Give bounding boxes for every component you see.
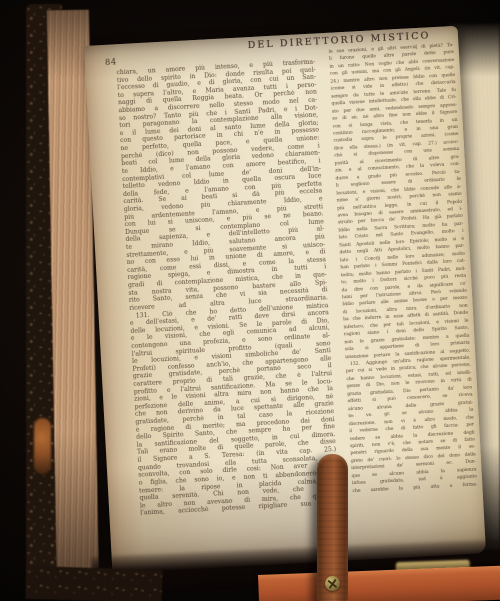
text-line: 24.) mentre altro non pretese Iddio con …	[330, 72, 455, 86]
text-line: quando trovandosi ella tutta sconsolata,…	[138, 454, 337, 472]
text-line: dello Spirito Santo, che sempre ha per f…	[136, 423, 335, 441]
text-line: inferisco, che per tali locuzioni, e vis…	[343, 317, 468, 331]
text-line: lato Cristo nel Santo Evangelio, molto i	[339, 228, 464, 242]
text-line: telletto vedono Iddio in quella oscura l…	[122, 172, 321, 190]
text-line: rito Santo, senza che vi sia necessità d…	[129, 286, 328, 304]
text-line: o figlia, che sono io, e non ti abbandon…	[139, 469, 338, 487]
text-line: con questo partorisce in chi n'è in poss…	[120, 127, 319, 145]
text-line: lato i Concilj nelle loro adunanze; molt…	[340, 250, 465, 264]
text-line: il Signore a S. Teresa: (in vita cap. 25…	[137, 446, 336, 464]
text-line: gratisdate, perchè in tal caso la ricezi…	[135, 408, 334, 426]
text-line: con gli uomini, ma con gli Angeli; (in v…	[330, 64, 455, 78]
text-line: da dire con parole, e da significare co'	[341, 280, 466, 294]
text-line: con sì lunga vista, che tenerla in un	[333, 116, 458, 130]
text-line: Dunque se si contemplano col lume	[125, 218, 324, 236]
text-line: (come si vide in effetto) che distaccarl…	[331, 79, 456, 93]
text-line: grazie gratisdate, perchè portano seco i…	[133, 362, 332, 380]
text-line: genze di Dio, non le ricevono in virtù d…	[347, 377, 472, 391]
text-line: carità, come essi dissi, e come la stess…	[127, 256, 326, 274]
text-line: sola si appartiene di loro primaria	[345, 340, 470, 354]
text-line: e le visioni, che egli comunica ad alcun…	[131, 324, 330, 342]
text-line: ha che indurre in esse affetti di santit…	[343, 310, 468, 324]
text-line: dice ella stessa.) (in vit. cap. 27.) ac…	[334, 139, 459, 153]
text-line: Santi Apostoli nelle loro Epistole; molt…	[339, 236, 464, 250]
text-line: carattere proprio di tali grazie, che è …	[133, 370, 332, 388]
text-line: interpretazioni de' sermoni ec. Dun-	[351, 459, 476, 473]
text-line: zioni, e le visioni altra mira non hanno…	[134, 385, 333, 403]
text-line: continuo raccoglimento, e in una gran	[333, 124, 458, 138]
text-line: greto de' cuori: lo stesso dico del dono…	[351, 451, 476, 465]
text-line: infusa gratisdata, (ed è aggiunto	[352, 474, 477, 488]
text-line: durre a grado più eccelso. Perciò ta-	[335, 169, 460, 183]
text-line: le altro non avevano di mira, che quieta…	[140, 492, 339, 510]
text-line: quella visione intellettuale, che ella e…	[331, 94, 456, 108]
text-line: vedere se abbia la discrezione degli	[349, 429, 474, 443]
text-line: tivo dello spirito in Dio: donde risulta…	[117, 66, 316, 84]
text-line: delle locuzioni, e visioni. Se le parole…	[130, 317, 329, 335]
text-line: struito per bocca de' Profeti. Ha già pa…	[338, 213, 463, 227]
text-line: Profeti) confesso anch'io, che apparteng…	[132, 355, 331, 373]
text-line: te: ve. gr. se alcuno abbia la	[348, 407, 473, 421]
text-line: beati col lume della gloria vedono chiar…	[121, 150, 320, 168]
text-line: chiara, un amore più intenso, e più tras…	[116, 59, 315, 77]
text-line: temere: la ripose in placida calma, e	[139, 476, 338, 494]
text-line: purità al ricevimento di altre gra-	[335, 154, 460, 168]
text-line: Iddio parlare alle anime buone o per mez…	[342, 295, 467, 309]
text-line: effetti si può conoscere, se riceva	[347, 392, 472, 406]
text-line: non le grazie gratisdate: mentre a quell…	[344, 332, 469, 346]
page-number: 84	[105, 56, 135, 68]
text-line: della fede, e l'amano con più perfetta	[123, 180, 322, 198]
text-line: to; molto i Dottori: sicchè poco più res…	[341, 273, 466, 287]
text-line: l'altrui spirituale profitto (quali sono	[132, 340, 331, 358]
text-line: so di sè; nè altro fine non ebbe il Sign…	[332, 109, 457, 123]
text-line: perfezione delle anime, a cui si dirigon…	[134, 393, 333, 411]
text-line: ne perfetto, quella pace, e quella union…	[120, 135, 319, 153]
text-line: tedra; molto hanno parlato i Santi Padri…	[341, 265, 466, 279]
text-line: Iddio nella Sacra Scrittura; molto ha pa…	[338, 221, 463, 235]
text-line: profitto e l'altrui santificazione. Ma s…	[134, 378, 333, 396]
text-line: no con esso lui in unione di amore, e di	[127, 248, 326, 266]
text-line: più ardentemente l'amano, e più stretti	[124, 203, 323, 221]
text-line: custodia sopra le proprie azioni, (come	[333, 131, 458, 145]
text-line: grazia gratisdata. Dio pertanto da' loro	[347, 384, 472, 398]
text-line: nime a' giorni nostri; perchè non siamo	[337, 191, 462, 205]
text-line: li sogliono essere di ordinario le	[336, 176, 461, 190]
text-line: le sue orazioni, e gli altri esercizj di…	[329, 42, 454, 56]
text-line: penetri riguardo della sua mente il se-	[350, 444, 475, 458]
stand-clip	[317, 454, 348, 601]
text-line: e il lume dei doni al santo lume della g…	[120, 119, 319, 137]
text-line: sempre da tutte le amicizie terrene. Tal…	[331, 87, 456, 101]
text-line: che hanno locuzioni, estasi, ratti, ed i…	[346, 369, 471, 383]
text-line: l'anima, acciocchè potesse ripigliare su…	[140, 499, 339, 517]
text-line: sto per due anni, vedendoselo sempre app…	[332, 102, 457, 116]
text-line: avea bisogno di essere ammaestrato, ed i…	[337, 206, 462, 220]
text-line: gloria, vedono più chiaramente Iddio, e	[124, 195, 323, 213]
text-line: e dell'estasi, e de' ratti deve dirsi an…	[130, 309, 329, 327]
text-line: chè si disponesse con una somma	[334, 146, 459, 160]
text-line: la santificazione del soggetto, in cui d…	[136, 431, 335, 449]
text-line: è ragione di merito; ma procedono dai do…	[136, 416, 335, 434]
text-line: te mirano Iddio, salutano ancora più	[126, 233, 325, 251]
text-line: discrezione, non vi è altro modo, che	[349, 414, 474, 428]
text-line: li furono quelle altre parole dette pure	[329, 49, 454, 63]
text-line: detto negli Atti Apostolici, molto hanno…	[339, 243, 464, 257]
text-line: con lui si uniscono, e più se ne beano.	[125, 210, 324, 228]
text-line: contemplativi col lume de' doni dell'in-	[122, 165, 321, 183]
text-line: più nell'antica legge, in cui il Popolo	[337, 198, 462, 212]
text-line: naggi di quella Reggia beata. Or perchè …	[118, 89, 317, 107]
text-line: che sarebbe la più atta a forma-	[352, 481, 477, 495]
text-line: te Iddio, e l'amano con amore beatifico,…	[122, 157, 321, 175]
clip-screw	[325, 576, 340, 591]
text-line: que se alcuno abbia la sapienza	[351, 466, 476, 480]
text-line: carità. Se ai beati si dà più eccelsa	[123, 188, 322, 206]
text-line: sta nostra vita, possono bastare allo Sp…	[128, 279, 327, 297]
text-line: lumi per l'istruzione altrui. Però volen…	[342, 288, 467, 302]
text-line: 132. Aggiungo un'altra ragione speriment…	[345, 355, 470, 369]
text-line: in un ratto: Non voglio che abbi convers…	[329, 57, 454, 71]
text-line: zie, e al conoscimento, che la voleva co…	[335, 161, 460, 175]
text-line: tori paragonano la contemplazione alla v…	[119, 112, 318, 130]
text-line: per cui si vede in pratica; che alcune p…	[346, 362, 471, 376]
text-line: ricevere ad altra luce straordinaria.	[129, 294, 328, 312]
text-line: ragione spiega, e dimostra in tutti i	[127, 264, 326, 282]
text-line: della sapienza, e dell'intelletto più al…	[125, 226, 324, 244]
text-line: so nostro? Tanto più che i Santi Padri, …	[119, 104, 318, 122]
spine-clasp-ornament	[34, 418, 51, 474]
text-line: han parlato i Sommi Pontefici dalla loro…	[340, 258, 465, 272]
text-column-right: le sue orazioni, e gli altri esercizj di…	[329, 42, 478, 498]
text-line: alcuno alcuna delle grazie gratui-	[348, 399, 473, 413]
text-line: abbiamo a discorrere nello stesso modo n…	[118, 97, 317, 115]
book-photograph: 84 DEL DIRETTORIO MISTICO chiara, un amo…	[0, 0, 500, 601]
text-line: di locuzioni, altra mira d'ordinario non	[343, 302, 468, 316]
text-line: strettamente, e più soavemente si unisco…	[126, 241, 325, 259]
text-line: perchè (dico) non possono vedere, come i	[121, 142, 320, 160]
text-line: spiriti, non v'è, che notare se di fatto	[350, 436, 475, 450]
text-line: sconvolta, con solo dirle così: Non aver…	[138, 461, 337, 479]
text-line: che non derivino da luce spettante alle …	[135, 400, 334, 418]
text-line: 131. Ciò che ho detto dell'unione mistic…	[129, 302, 328, 320]
text-line: le locuzioni, e visioni simboliche de' S…	[132, 347, 331, 365]
text-line: ragioni siano i doni dello Spirito Santo…	[344, 325, 469, 339]
text-line: intenzione portare la santificazione al …	[345, 347, 470, 361]
text-line: Tali erano molte di quelle parole, che d…	[137, 438, 336, 456]
running-header: DEL DIRETTORIO MISTICO	[222, 29, 456, 53]
text-line: quella serenità. Chi non vede, che quest…	[139, 484, 338, 502]
text-line: il vederne che di fatto gli faccia: per	[349, 422, 474, 436]
text-line: contengono una profezia, e sono ordinate…	[131, 332, 330, 350]
text-line: locuzioni, e visioni, che Iddio concede …	[336, 183, 461, 197]
text-line: to supera l'altro, e Maria avanza tutti …	[118, 81, 317, 99]
leather-corner	[25, 566, 162, 601]
text-column-left: chiara, un amore più intenso, e più tras…	[116, 59, 339, 521]
text-line: l'eccesso di gaudio, e di gloria, con cu…	[117, 74, 316, 92]
text-line: gradi di contemplazione mistica, che in …	[128, 271, 327, 289]
book-page: 84 DEL DIRETTORIO MISTICO chiara, un amo…	[84, 26, 486, 573]
